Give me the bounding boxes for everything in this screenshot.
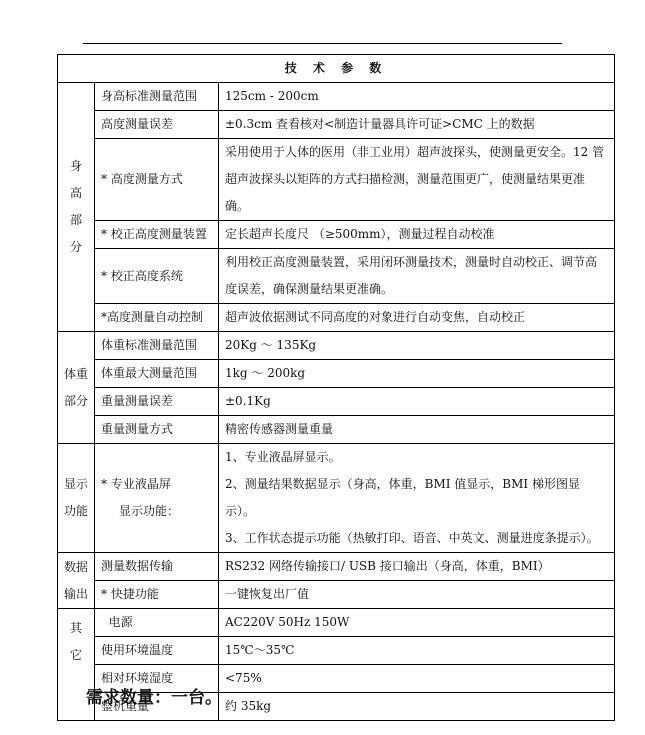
table-row: 重量测量方式 精密传感器测量重量 [58,416,615,444]
table-row: 体重最大测量范围 1kg ～ 200kg [58,360,615,388]
row-label: 高度测量误差 [95,111,219,139]
row-value: RS232 网络传输接口/ USB 接口输出（身高，体重，BMI） [219,553,615,581]
row-value: 精密传感器测量重量 [219,416,615,444]
table-row: * 快捷功能 一键恢复出厂值 [58,581,615,609]
row-value: 采用使用于人体的医用（非工业用）超声波探头，使测量更安全。12 管超声波探头以矩… [219,139,615,221]
table-row: 重量测量误差 ±0.1Kg [58,388,615,416]
table-row: 其它 电源 AC220V 50Hz 150W [58,609,615,637]
table-row: 体重部分 体重标准测量范围 20Kg ～ 135Kg [58,332,615,360]
row-label: 使用环境温度 [95,637,219,665]
row-value: <75% [219,665,615,693]
row-value: ±0.3cm 查看核对<制造计量器具许可证>CMC 上的数据 [219,111,615,139]
row-value: AC220V 50Hz 150W [219,609,615,637]
table-row: 身高部分 身高标准测量范围 125cm - 200cm [58,83,615,111]
row-label: * 校正高度测量装置 [95,221,219,249]
row-label: * 专业液晶屏 显示功能： [95,444,219,553]
table-row: 使用环境温度 15℃～35℃ [58,637,615,665]
row-label: 重量测量误差 [95,388,219,416]
row-label: 电源 [95,609,219,637]
row-value: 125cm - 200cm [219,83,615,111]
row-value: 一键恢复出厂值 [219,581,615,609]
row-label: * 高度测量方式 [95,139,219,221]
row-value: 定长超声长度尺 （≥500mm），测量过程自动校准 [219,221,615,249]
table-row: * 高度测量方式 采用使用于人体的医用（非工业用）超声波探头，使测量更安全。12… [58,139,615,221]
row-value: 15℃～35℃ [219,637,615,665]
row-label: 体重最大测量范围 [95,360,219,388]
row-value: 约 35kg [219,693,615,721]
table-row: * 校正高度测量装置 定长超声长度尺 （≥500mm），测量过程自动校准 [58,221,615,249]
row-value: 1kg ～ 200kg [219,360,615,388]
row-label: * 校正高度系统 [95,249,219,304]
row-label: 身高标准测量范围 [95,83,219,111]
table-row: *高度测量自动控制 超声波依据测试不同高度的对象进行自动变焦，自动校正 [58,304,615,332]
row-label: *高度测量自动控制 [95,304,219,332]
row-label: 体重标准测量范围 [95,332,219,360]
group-height: 身高部分 [58,83,95,332]
group-data-output: 数据输出 [58,553,95,609]
row-value: 超声波依据测试不同高度的对象进行自动变焦，自动校正 [219,304,615,332]
table-row: 显示功能 * 专业液晶屏 显示功能： 1、专业液晶屏显示。 2、测量结果数据显示… [58,444,615,553]
row-label: 测量数据传输 [95,553,219,581]
row-value: ±0.1Kg [219,388,615,416]
group-weight: 体重部分 [58,332,95,444]
quantity-note: 需求数量：一台。 [86,683,222,708]
row-value: 20Kg ～ 135Kg [219,332,615,360]
table-row: * 校正高度系统 利用校正高度测量装置，采用闭环测量技术，测量时自动校正、调节高… [58,249,615,304]
table-row: 高度测量误差 ±0.3cm 查看核对<制造计量器具许可证>CMC 上的数据 [58,111,615,139]
table-title: 技 术 参 数 [58,55,615,83]
row-label: 重量测量方式 [95,416,219,444]
group-display: 显示功能 [58,444,95,553]
row-label: * 快捷功能 [95,581,219,609]
spec-table: 技 术 参 数 身高部分 身高标准测量范围 125cm - 200cm 高度测量… [57,54,615,721]
header-rule [83,43,562,44]
row-value: 利用校正高度测量装置，采用闭环测量技术，测量时自动校正、调节高度误差，确保测量结… [219,249,615,304]
table-row: 数据输出 测量数据传输 RS232 网络传输接口/ USB 接口输出（身高，体重… [58,553,615,581]
row-value: 1、专业液晶屏显示。 2、测量结果数据显示（身高，体重，BMI 值显示，BMI … [219,444,615,553]
